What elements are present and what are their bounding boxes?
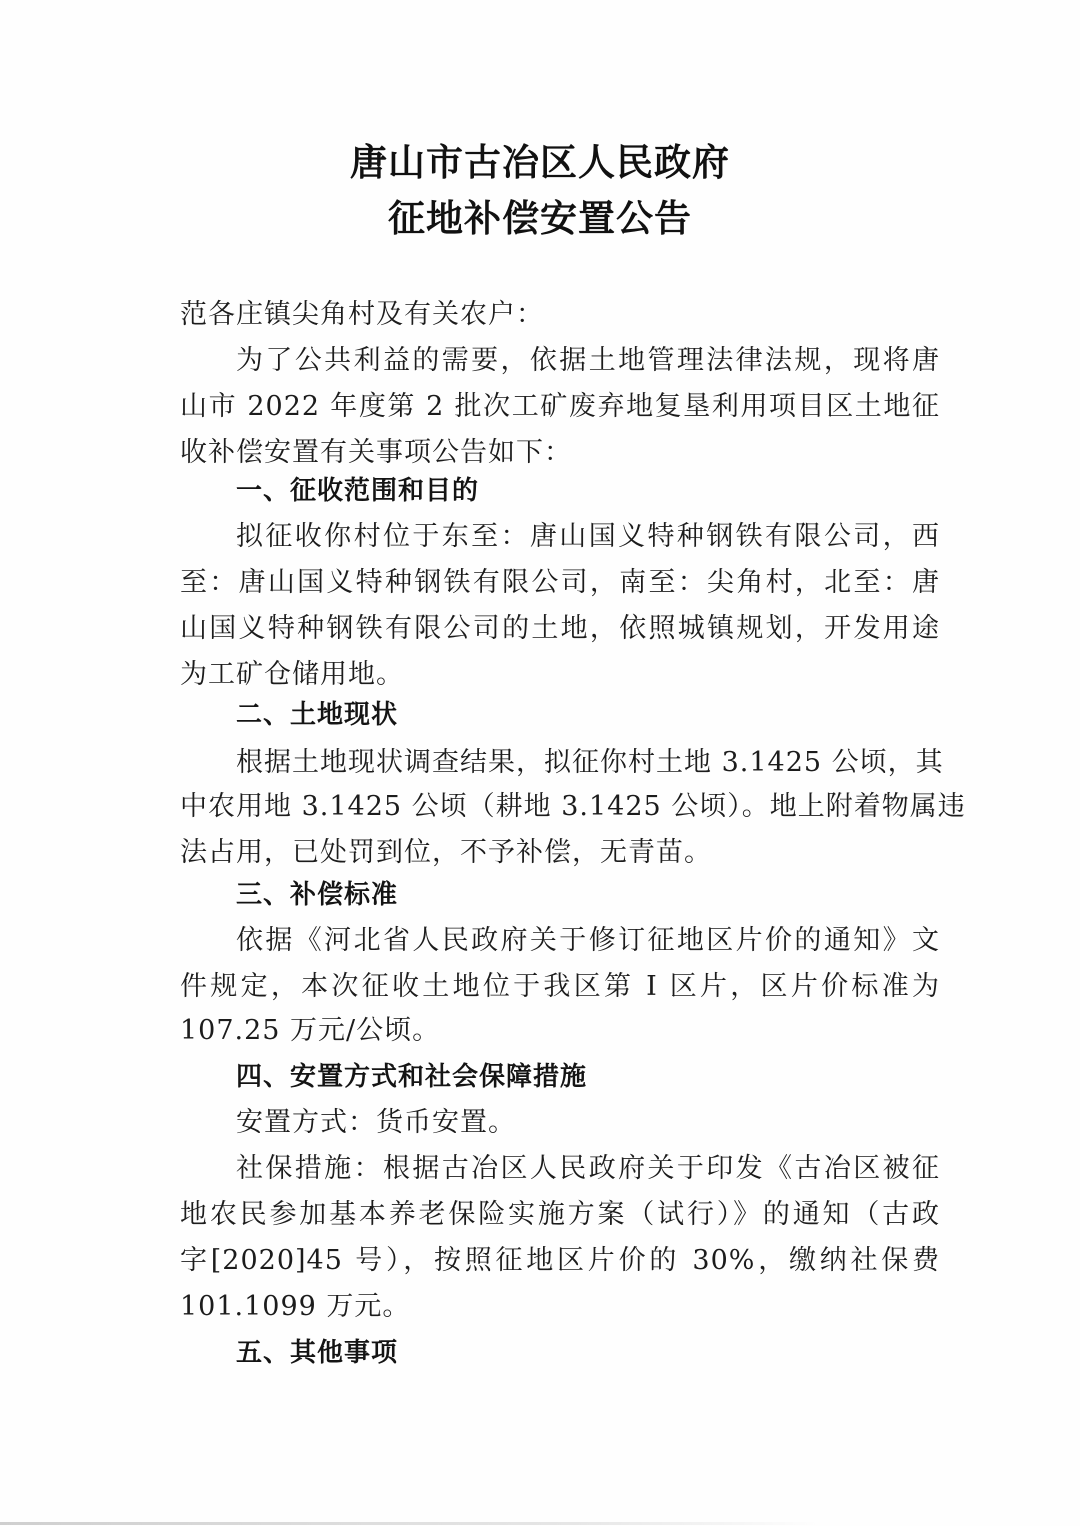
section-line: 至：唐山国义特种钢铁有限公司，南至：尖角村，北至：唐 (180, 560, 940, 606)
document-title-line1: 唐山市古冶区人民政府 (0, 132, 1080, 186)
section-line: 依据《河北省人民政府关于修订征地区片价的通知》文 (236, 918, 940, 964)
section-line: 101.1099 万元。 (180, 1284, 940, 1330)
salutation: 范各庄镇尖角村及有关农户： (180, 292, 940, 338)
section-heading-scope: 一、征收范围和目的 (236, 468, 479, 514)
section-line: 107.25 万元/公顷。 (180, 1008, 940, 1054)
section-line: 山国义特种钢铁有限公司的土地，依照城镇规划，开发用途 (180, 606, 940, 652)
section-line: 字[2020]45 号），按照征地区片价的 30%，缴纳社保费 (180, 1238, 940, 1284)
section-heading-resettlement: 四、安置方式和社会保障措施 (236, 1054, 587, 1100)
page-bottom-edge (0, 1522, 820, 1525)
section-line: 法占用，已处罚到位，不予补偿，无青苗。 (180, 830, 940, 876)
section-line: 拟征收你村位于东至：唐山国义特种钢铁有限公司，西 (236, 514, 940, 560)
section-heading-compensation-standard: 三、补偿标准 (236, 872, 398, 918)
intro-line: 为了公共利益的需要，依据土地管理法律法规，现将唐 (236, 338, 940, 384)
section-heading-land-status: 二、土地现状 (236, 692, 398, 738)
section-heading-other-matters: 五、其他事项 (236, 1330, 398, 1376)
section-line: 安置方式：货币安置。 (236, 1100, 940, 1146)
section-line: 地农民参加基本养老保险实施方案（试行）》的通知（古政 (180, 1192, 940, 1238)
section-line: 件规定，本次征收土地位于我区第 I 区片，区片价标准为 (180, 964, 940, 1010)
section-line: 中农用地 3.1425 公顷（耕地 3.1425 公顷）。地上附着物属违 (180, 784, 940, 830)
intro-line: 山市 2022 年度第 2 批次工矿废弃地复垦利用项目区土地征 (180, 384, 940, 430)
document-title-line2: 征地补偿安置公告 (0, 188, 1080, 242)
section-line: 根据土地现状调查结果，拟征你村土地 3.1425 公顷，其 (236, 740, 940, 786)
section-line: 社保措施：根据古冶区人民政府关于印发《古冶区被征 (236, 1146, 940, 1192)
document-page: 唐山市古冶区人民政府 征地补偿安置公告 范各庄镇尖角村及有关农户： 为了公共利益… (0, 0, 1080, 1526)
